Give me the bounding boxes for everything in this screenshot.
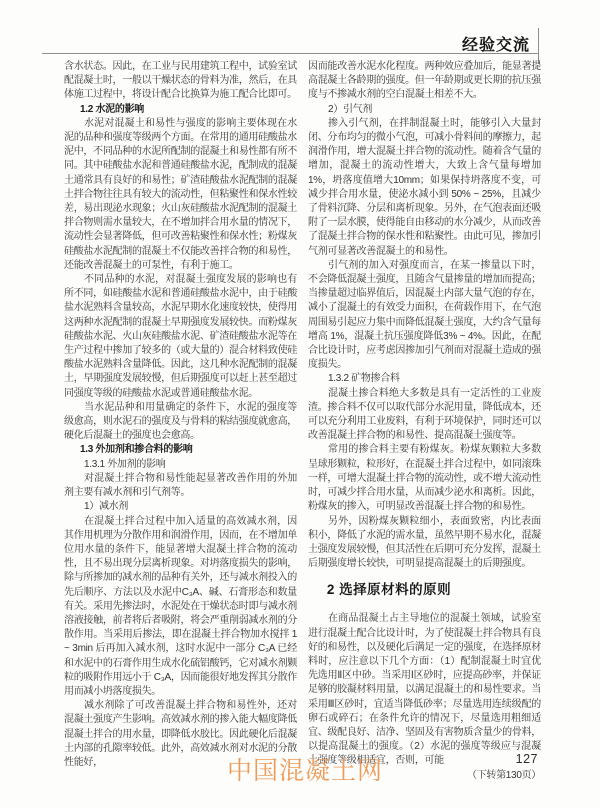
paragraph: 引气剂的加入对强度而言，在某一掺量以下时，不会降低混凝土强度，且随含气量掺量的增…	[308, 259, 541, 373]
subsection-heading: 1.3 外加剂和掺合料的影响	[64, 443, 297, 457]
paragraph: 因而能改善水泥水化程度。两种效应叠加后，能显著提高混凝土各龄期的强度。但一年龄期…	[308, 60, 541, 103]
paragraph: 含水状态。因此，在工业与民用建筑工程中，试验室试配混凝土时，一般以干燥状态的骨料…	[64, 60, 297, 103]
subsection-heading: 1.2 水泥的影响	[64, 103, 297, 117]
header-vertical-rule	[538, 28, 539, 64]
right-text-column: 因而能改善水泥水化程度。两种效应叠加后，能显著提高混凝土各龄期的强度。但一年龄期…	[308, 60, 541, 783]
paragraph: 常用的掺合料主要有粉煤灰。粉煤灰颗粒大多数呈球形颗粒，粒形好，在混凝土拌合过程中…	[308, 443, 541, 514]
page-number: 127	[516, 752, 538, 766]
list-item-heading: 2）引气剂	[308, 103, 541, 117]
paragraph: 当水泥品种和用量确定的条件下，水泥的强度等级愈高，则水泥石的强度及与骨料的粘结强…	[64, 401, 297, 444]
paragraph: 另外，因粉煤灰颗粒细小，表面致密，内比表面积小，降低了水泥的需水量，虽然早期不易…	[308, 515, 541, 572]
list-item-heading: 1.3.1 外加剂的影响	[64, 458, 297, 472]
page-header-title: 经验交流	[462, 32, 530, 55]
site-watermark: 中国混凝土网	[227, 751, 383, 787]
paragraph: 水泥对混凝土和易性与强度的影响主要体现在水泥的品种和强度等级两个方面。在常用的通…	[64, 117, 297, 273]
paragraph: 对混凝土拌合物和易性能起显著改善作用的外加剂主要有减水剂和引气剂等。	[64, 472, 297, 500]
paragraph: 掺入引气剂，在拌制混凝土时，能够引入大量封闭、分布均匀的微小气泡，可减小骨料间的…	[308, 117, 541, 259]
header-horizontal-rule	[42, 53, 538, 54]
paragraph: 不同品种的水泥，对混凝土强度发展的影响也有所不同，如硅酸盐水泥和普通硅酸盐水泥中…	[64, 273, 297, 401]
paragraph: 在商品混凝土占主导地位的混凝土领域，试验室进行混凝土配合比设计时，为了使混凝土拌…	[308, 612, 541, 768]
left-text-column: 含水状态。因此，在工业与民用建筑工程中，试验室试配混凝土时，一般以干燥状态的骨料…	[64, 60, 297, 770]
list-item-heading: 1）减水剂	[64, 500, 297, 514]
paragraph: 混凝土掺合料绝大多数是具有一定活性的工业废渣。掺合料不仅可以取代部分水泥用量，降…	[308, 387, 541, 444]
document-page: 经验交流 含水状态。因此，在工业与民用建筑工程中，试验室试配混凝土时，一般以干燥…	[0, 0, 600, 808]
section-heading: 2 选择原材料的原则	[308, 582, 541, 598]
paragraph: 在混凝土拌合过程中加入适量的高效减水剂，因其作用机理为分散作用和润滑作用，因而，…	[64, 515, 297, 700]
list-item-heading: 1.3.2 矿物掺合料	[308, 372, 541, 386]
